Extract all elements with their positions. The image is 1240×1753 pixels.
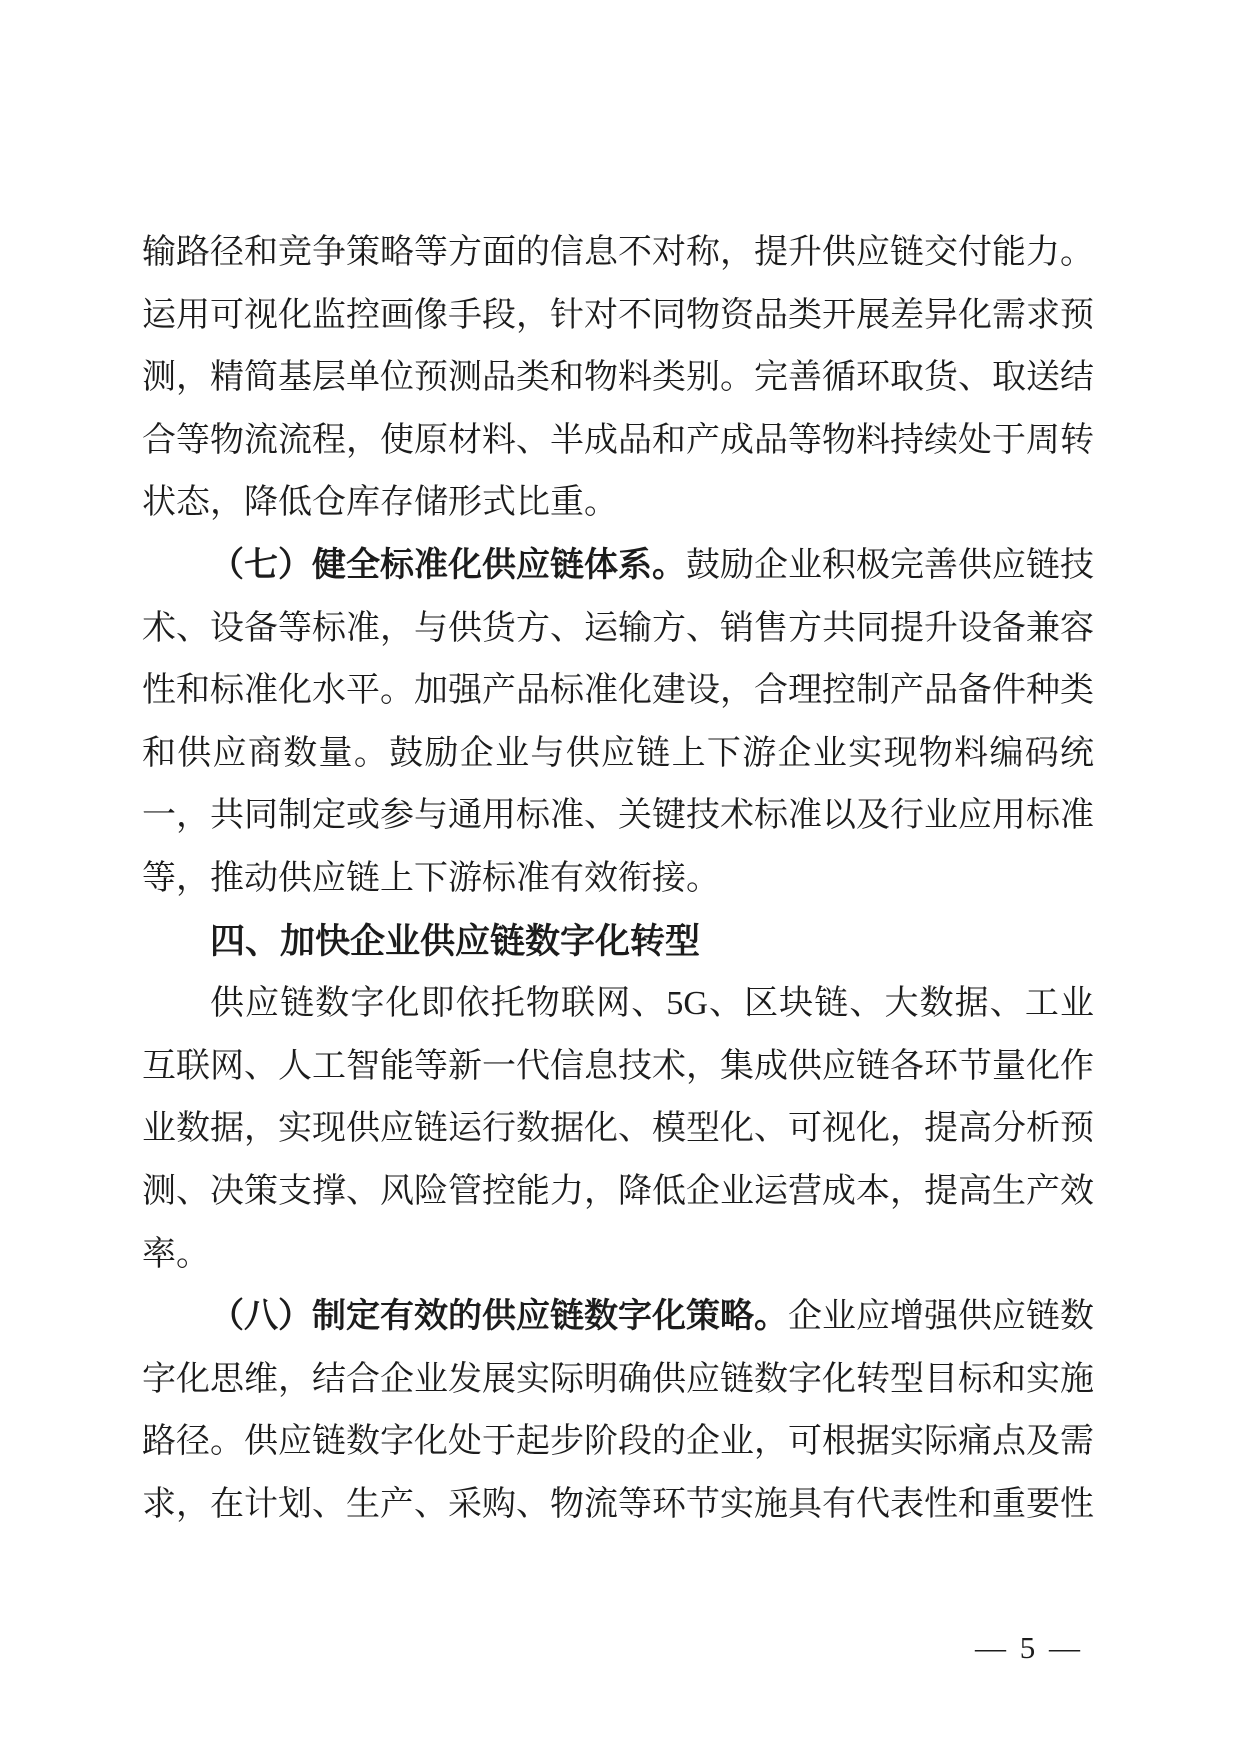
- body-line: 一，共同制定或参与通用标准、关键技术标准以及行业应用标准: [142, 785, 1094, 848]
- para-lead-rest: 企业应增强供应链数: [788, 1298, 1094, 1335]
- body-line: 字化思维，结合企业发展实际明确供应链数字化转型目标和实施: [142, 1349, 1094, 1412]
- body-line: 状态，降低仓库存储形式比重。: [142, 472, 1094, 535]
- paragraph-lead-line: （七）健全标准化供应链体系。鼓励企业积极完善供应链技: [142, 535, 1094, 598]
- text-block: 输路径和竞争策略等方面的信息不对称，提升供应链交付能力。 运用可视化监控画像手段…: [142, 222, 1094, 1536]
- document-page: 输路径和竞争策略等方面的信息不对称，提升供应链交付能力。 运用可视化监控画像手段…: [0, 0, 1240, 1753]
- body-line: 测、决策支撑、风险管控能力，降低企业运营成本，提高生产效: [142, 1161, 1094, 1224]
- paragraph-lead-line: （八）制定有效的供应链数字化策略。企业应增强供应链数: [142, 1286, 1094, 1349]
- body-line: 等，推动供应链上下游标准有效衔接。: [142, 848, 1094, 911]
- section-heading: 四、加快企业供应链数字化转型: [142, 911, 1094, 974]
- body-line: 合等物流流程，使原材料、半成品和产成品等物料持续处于周转: [142, 410, 1094, 473]
- body-line: 互联网、人工智能等新一代信息技术，集成供应链各环节量化作: [142, 1036, 1094, 1099]
- para-lead-bold: （八）制定有效的供应链数字化策略。: [210, 1298, 788, 1335]
- body-line: 求，在计划、生产、采购、物流等环节实施具有代表性和重要性: [142, 1474, 1094, 1537]
- body-line: 术、设备等标准，与供货方、运输方、销售方共同提升设备兼容: [142, 598, 1094, 661]
- body-line: 输路径和竞争策略等方面的信息不对称，提升供应链交付能力。: [142, 222, 1094, 285]
- para-lead-rest: 鼓励企业积极完善供应链技: [686, 547, 1094, 584]
- body-line: 供应链数字化即依托物联网、5G、区块链、大数据、工业: [142, 973, 1094, 1036]
- body-line: 业数据，实现供应链运行数据化、模型化、可视化，提高分析预: [142, 1098, 1094, 1161]
- body-line: 率。: [142, 1224, 1094, 1287]
- body-line: 测，精简基层单位预测品类和物料类别。完善循环取货、取送结: [142, 347, 1094, 410]
- body-line: 和供应商数量。鼓励企业与供应链上下游企业实现物料编码统: [142, 723, 1094, 786]
- page-number: — 5 —: [975, 1628, 1083, 1668]
- body-line: 路径。供应链数字化处于起步阶段的企业，可根据实际痛点及需: [142, 1411, 1094, 1474]
- body-line: 运用可视化监控画像手段，针对不同物资品类开展差异化需求预: [142, 285, 1094, 348]
- para-lead-bold: （七）健全标准化供应链体系。: [210, 547, 686, 584]
- body-line: 性和标准化水平。加强产品标准化建设，合理控制产品备件种类: [142, 660, 1094, 723]
